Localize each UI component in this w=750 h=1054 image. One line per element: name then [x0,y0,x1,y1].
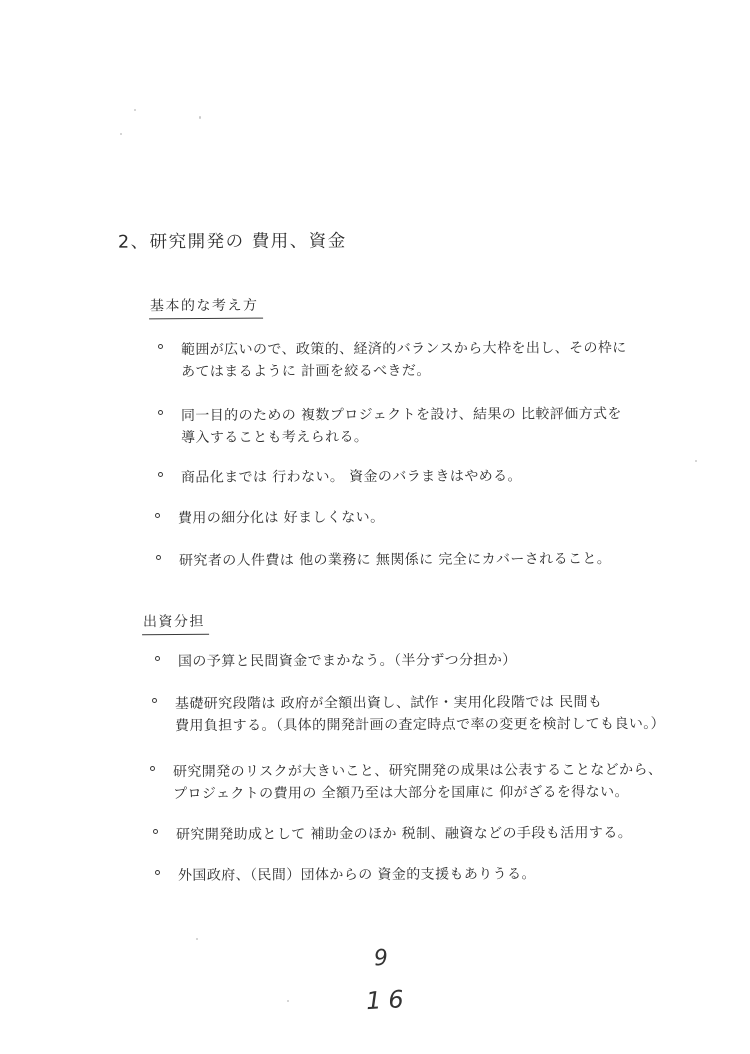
bullet-item: 外国政府、（民間）団体からの 資金的支援もありうる。 [155,864,740,886]
scan-speck [287,1000,289,1002]
circle-bullet-icon [158,344,163,349]
bullet-text: 商品化までは 行わない。 資金のバラまきはやめる。 [181,465,522,488]
scan-speck [134,109,136,111]
bullet-item: 基礎研究段階は 政府が全額出資し、試作・実用化段階では 民間も 費用負担する。（… [152,692,737,736]
bullet-item: 研究開発のリスクが大きいこと、研究開発の成果は公表することなどから、 プロジェク… [150,760,735,804]
circle-bullet-icon [156,555,161,560]
bullet-item: 研究開発助成として 補助金のほか 税制、融資などの手段も活用する。 [153,823,738,845]
circle-bullet-icon [152,698,157,703]
bullet-text: 範囲が広いので、政策的、経済的バランスから大枠を出し、その枠に あてはまるように… [181,337,627,383]
page-number-handwritten: 9 [373,946,389,972]
page-title: 2、研究開発の 費用、資金 [118,227,347,253]
bullet-text: 研究者の人件費は 他の業務に 無関係に 完全にカバーされること。 [179,548,611,572]
page-number-stamped: 16 [365,985,411,1015]
bullet-item: 費用の細分化は 好ましくない。 [155,507,740,529]
scan-speck [199,116,201,119]
scanned-document-page: 2、研究開発の 費用、資金 基本的な考え方 範囲が広いので、政策的、経済的バラン… [0,0,750,1054]
circle-bullet-icon [155,656,160,661]
bullet-text: 外国政府、（民間）団体からの 資金的支援もありうる。 [178,863,536,887]
bullet-text: 基礎研究段階は 政府が全額出資し、試作・実用化段階では 民間も 費用負担する。（… [175,691,665,737]
circle-bullet-icon [158,410,163,415]
section-heading-basic-approach: 基本的な考え方 [149,295,263,320]
bullet-item: 同一目的のための 複数プロジェクトを設け、結果の 比較評価方式を 導入することも… [158,404,743,448]
circle-bullet-icon [153,829,158,834]
circle-bullet-icon [155,513,160,518]
circle-bullet-icon [155,870,160,875]
circle-bullet-icon [158,472,163,477]
section-heading-funding-share: 出資分担 [142,611,209,635]
bullet-item: 研究者の人件費は 他の業務に 無関係に 完全にカバーされること。 [156,549,741,571]
scan-speck [120,133,122,135]
circle-bullet-icon [150,766,155,771]
bullet-text: 費用の細分化は 好ましくない。 [178,507,385,530]
scan-speck [196,938,198,940]
bullet-item: 国の予算と民間資金でまかなう。（半分ずつ分担か） [155,650,740,672]
bullet-text: 国の予算と民間資金でまかなう。（半分ずつ分担か） [178,649,517,672]
scan-speck [695,460,697,462]
bullet-text: 同一目的のための 複数プロジェクトを設け、結果の 比較評価方式を 導入することも… [181,403,622,449]
bullet-item: 商品化までは 行わない。 資金のバラまきはやめる。 [158,466,743,488]
bullet-text: 研究開発助成として 補助金のほか 税制、融資などの手段も活用する。 [176,822,632,846]
bullet-item: 範囲が広いので、政策的、経済的バランスから大枠を出し、その枠に あてはまるように… [158,338,743,382]
bullet-text: 研究開発のリスクが大きいこと、研究開発の成果は公表することなどから、 プロジェク… [173,759,663,805]
